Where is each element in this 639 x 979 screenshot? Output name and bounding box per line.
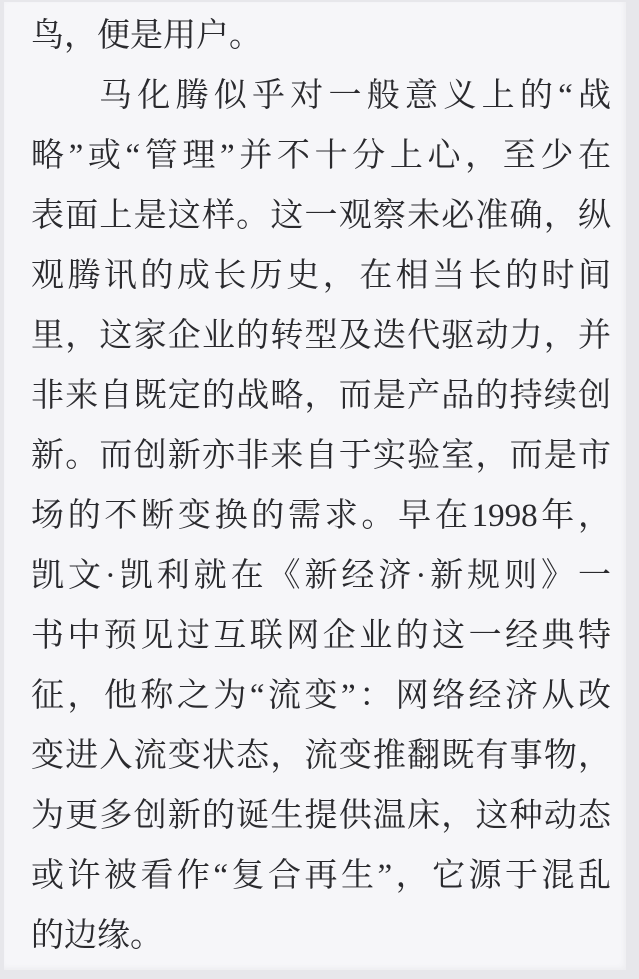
text-line: 书中预见过互联网企业的这一经典特 <box>31 606 611 666</box>
page-frame: 鸟，便是用户。马化腾似乎对一般意义上的“战略”或“管理”并不十分上心，至少在表面… <box>0 0 639 979</box>
text-line: 非来自既定的战略，而是产品的持续创 <box>31 366 611 426</box>
text-line: 马化腾似乎对一般意义上的“战 <box>31 66 611 126</box>
text-line: 为更多创新的诞生提供温床，这种动态 <box>31 786 611 846</box>
ebook-page: 鸟，便是用户。马化腾似乎对一般意义上的“战略”或“管理”并不十分上心，至少在表面… <box>4 2 626 970</box>
text-line: 里，这家企业的转型及迭代驱动力，并 <box>31 306 611 366</box>
text-line: 变进入流变状态，流变推翻既有事物， <box>31 726 611 786</box>
text-line: 表面上是这样。这一观察未必准确，纵 <box>31 186 611 246</box>
text-line: 或许被看作“复合再生”，它源于混乱 <box>31 846 611 906</box>
text-line: 观腾讯的成长历史，在相当长的时间 <box>31 246 611 306</box>
text-line: 场的不断变换的需求。早在1998年， <box>31 486 611 546</box>
text-line: 鸟，便是用户。 <box>31 6 611 66</box>
text-line: 新。而创新亦非来自于实验室，而是市 <box>31 426 611 486</box>
text-line: 略”或“管理”并不十分上心，至少在 <box>31 126 611 186</box>
text-line: 的边缘。 <box>31 906 611 966</box>
text-line: 征，他称之为“流变”：网络经济从改 <box>31 666 611 726</box>
page-text: 鸟，便是用户。马化腾似乎对一般意义上的“战略”或“管理”并不十分上心，至少在表面… <box>31 6 611 966</box>
text-line: 凯文·凯利就在《新经济·新规则》一 <box>31 546 611 606</box>
